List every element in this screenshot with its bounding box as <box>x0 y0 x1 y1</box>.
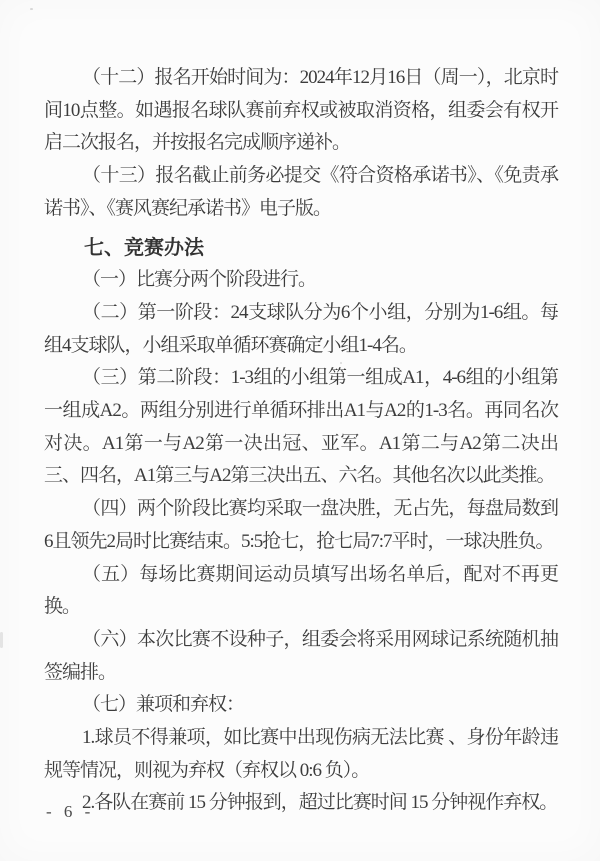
paragraph-item-12: （十二）报名开始时间为：2024年12月16日（周一），北京时间10点整。如遇报… <box>44 62 558 160</box>
paragraph-item-6: （六）本次比赛不设种子，组委会将采用网球记系统随机抽签编排。 <box>44 624 558 689</box>
page-number: - 6 - <box>46 802 94 822</box>
paragraph-item-5: （五）每场比赛期间运动员填写出场名单后，配对不再更换。 <box>44 559 558 624</box>
scan-speck <box>0 632 3 648</box>
paragraph-subitem-1: 1.球员不得兼项，如比赛中出现伤病无法比赛 、身份年龄违规等情况，则视为弃权（弃… <box>44 722 558 787</box>
section-heading-7: 七、竞赛办法 <box>44 232 558 265</box>
paragraph-item-3: （三）第二阶段：1-3组的小组第一组成A1，4-6组的小组第一组成A2。两组分别… <box>44 362 558 493</box>
paragraph-item-7: （七）兼项和弃权： <box>44 689 558 722</box>
paragraph-item-13: （十三）报名截止前务必提交《符合资格承诺书》、《免责承诺书》、《赛风赛纪承诺书》… <box>44 160 558 225</box>
paragraph-item-1: （一）比赛分两个阶段进行。 <box>44 264 558 297</box>
paragraph-subitem-2: 2.各队在赛前 15 分钟报到，超过比赛时间 15 分钟视作弃权。 <box>44 787 558 820</box>
paragraph-item-2: （二）第一阶段：24支球队分为6个小组，分别为1-6组。每组4支球队，小组采取单… <box>44 297 558 362</box>
paragraph-item-4: （四）两个阶段比赛均采取一盘决胜，无占先，每盘局数到6且领先2局时比赛结束。5:… <box>44 493 558 558</box>
scan-speck <box>30 8 33 10</box>
document-page: （十二）报名开始时间为：2024年12月16日（周一），北京时间10点整。如遇报… <box>0 0 600 861</box>
document-content: （十二）报名开始时间为：2024年12月16日（周一），北京时间10点整。如遇报… <box>44 62 558 820</box>
